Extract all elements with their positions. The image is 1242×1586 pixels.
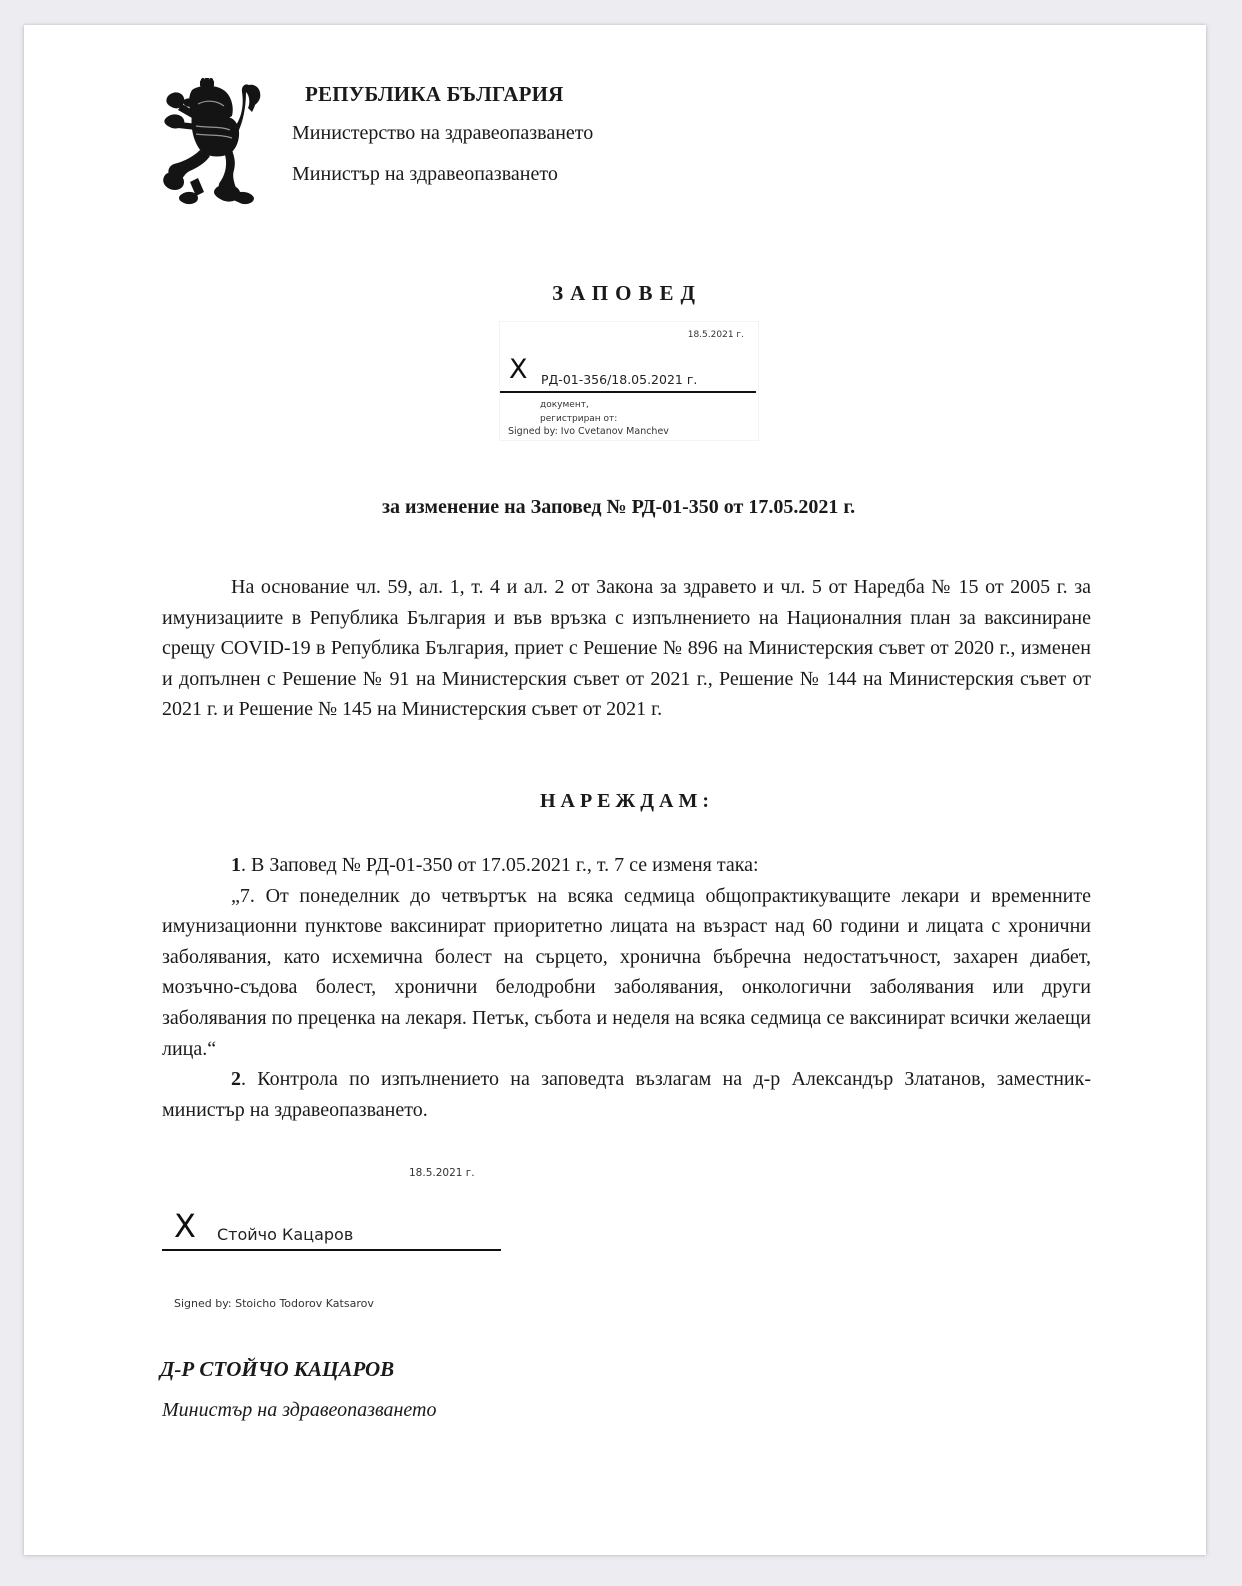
order-item-2: 2. Контрола по изпълнението на заповедта… <box>162 1064 1091 1125</box>
signature-date: 18.5.2021 г. <box>409 1167 475 1179</box>
signature-x-mark: X <box>174 1210 196 1242</box>
order-item-text: . В Заповед № РД-01-350 от 17.05.2021 г.… <box>241 854 759 876</box>
registration-signed-by: Signed by: Ivo Cvetanov Manchev <box>508 426 669 437</box>
registration-label: документ, регистриран от: <box>540 398 617 426</box>
ministry-name: Министерство на здравеопазването <box>292 122 593 145</box>
order-subject: за изменение на Заповед № РД-01-350 от 1… <box>382 496 855 519</box>
registration-number: РД-01-356/18.05.2021 г. <box>541 372 697 387</box>
signature-line <box>500 391 756 393</box>
republic-heading: РЕПУБЛИКА БЪЛГАРИЯ <box>305 82 564 107</box>
order-item-text: . Контрола по изпълнението на заповедта … <box>162 1068 1091 1121</box>
order-item-quoted-amendment: „7. От понеделник до четвъртък на всяка … <box>162 881 1091 1065</box>
legal-basis-paragraph: На основание чл. 59, ал. 1, т. 4 и ал. 2… <box>162 572 1091 725</box>
minister-position: Министър на здравеопазването <box>162 1399 436 1422</box>
order-item-text: „7. От понеделник до четвъртък на всяка … <box>162 885 1091 1060</box>
signature-line <box>162 1249 501 1251</box>
registration-label-line-1: документ, <box>540 398 617 412</box>
signature-x-mark: X <box>509 356 528 383</box>
decree-heading: НАРЕЖДАМ: <box>24 790 1230 813</box>
minister-name: Д-Р СТОЙЧО КАЦАРОВ <box>160 1357 394 1382</box>
signature-signed-by: Signed by: Stoicho Todorov Katsarov <box>174 1297 374 1310</box>
registration-label-line-2: регистриран от: <box>540 412 617 426</box>
order-title: ЗАПОВЕД <box>24 281 1230 306</box>
order-item-number: 1 <box>231 854 241 876</box>
signer-name: Стойчо Кацаров <box>217 1225 353 1244</box>
order-items: 1. В Заповед № РД-01-350 от 17.05.2021 г… <box>162 850 1091 1125</box>
document-page: РЕПУБЛИКА БЪЛГАРИЯ Министерство на здрав… <box>24 25 1206 1555</box>
order-item-number: 2 <box>231 1068 241 1090</box>
minister-title: Министър на здравеопазването <box>292 163 558 186</box>
registration-date: 18.5.2021 г. <box>688 330 744 340</box>
registration-signature-block: 18.5.2021 г. X РД-01-356/18.05.2021 г. д… <box>499 321 759 441</box>
order-item-1: 1. В Заповед № РД-01-350 от 17.05.2021 г… <box>162 850 1091 881</box>
coat-of-arms-lion-icon <box>162 78 264 206</box>
